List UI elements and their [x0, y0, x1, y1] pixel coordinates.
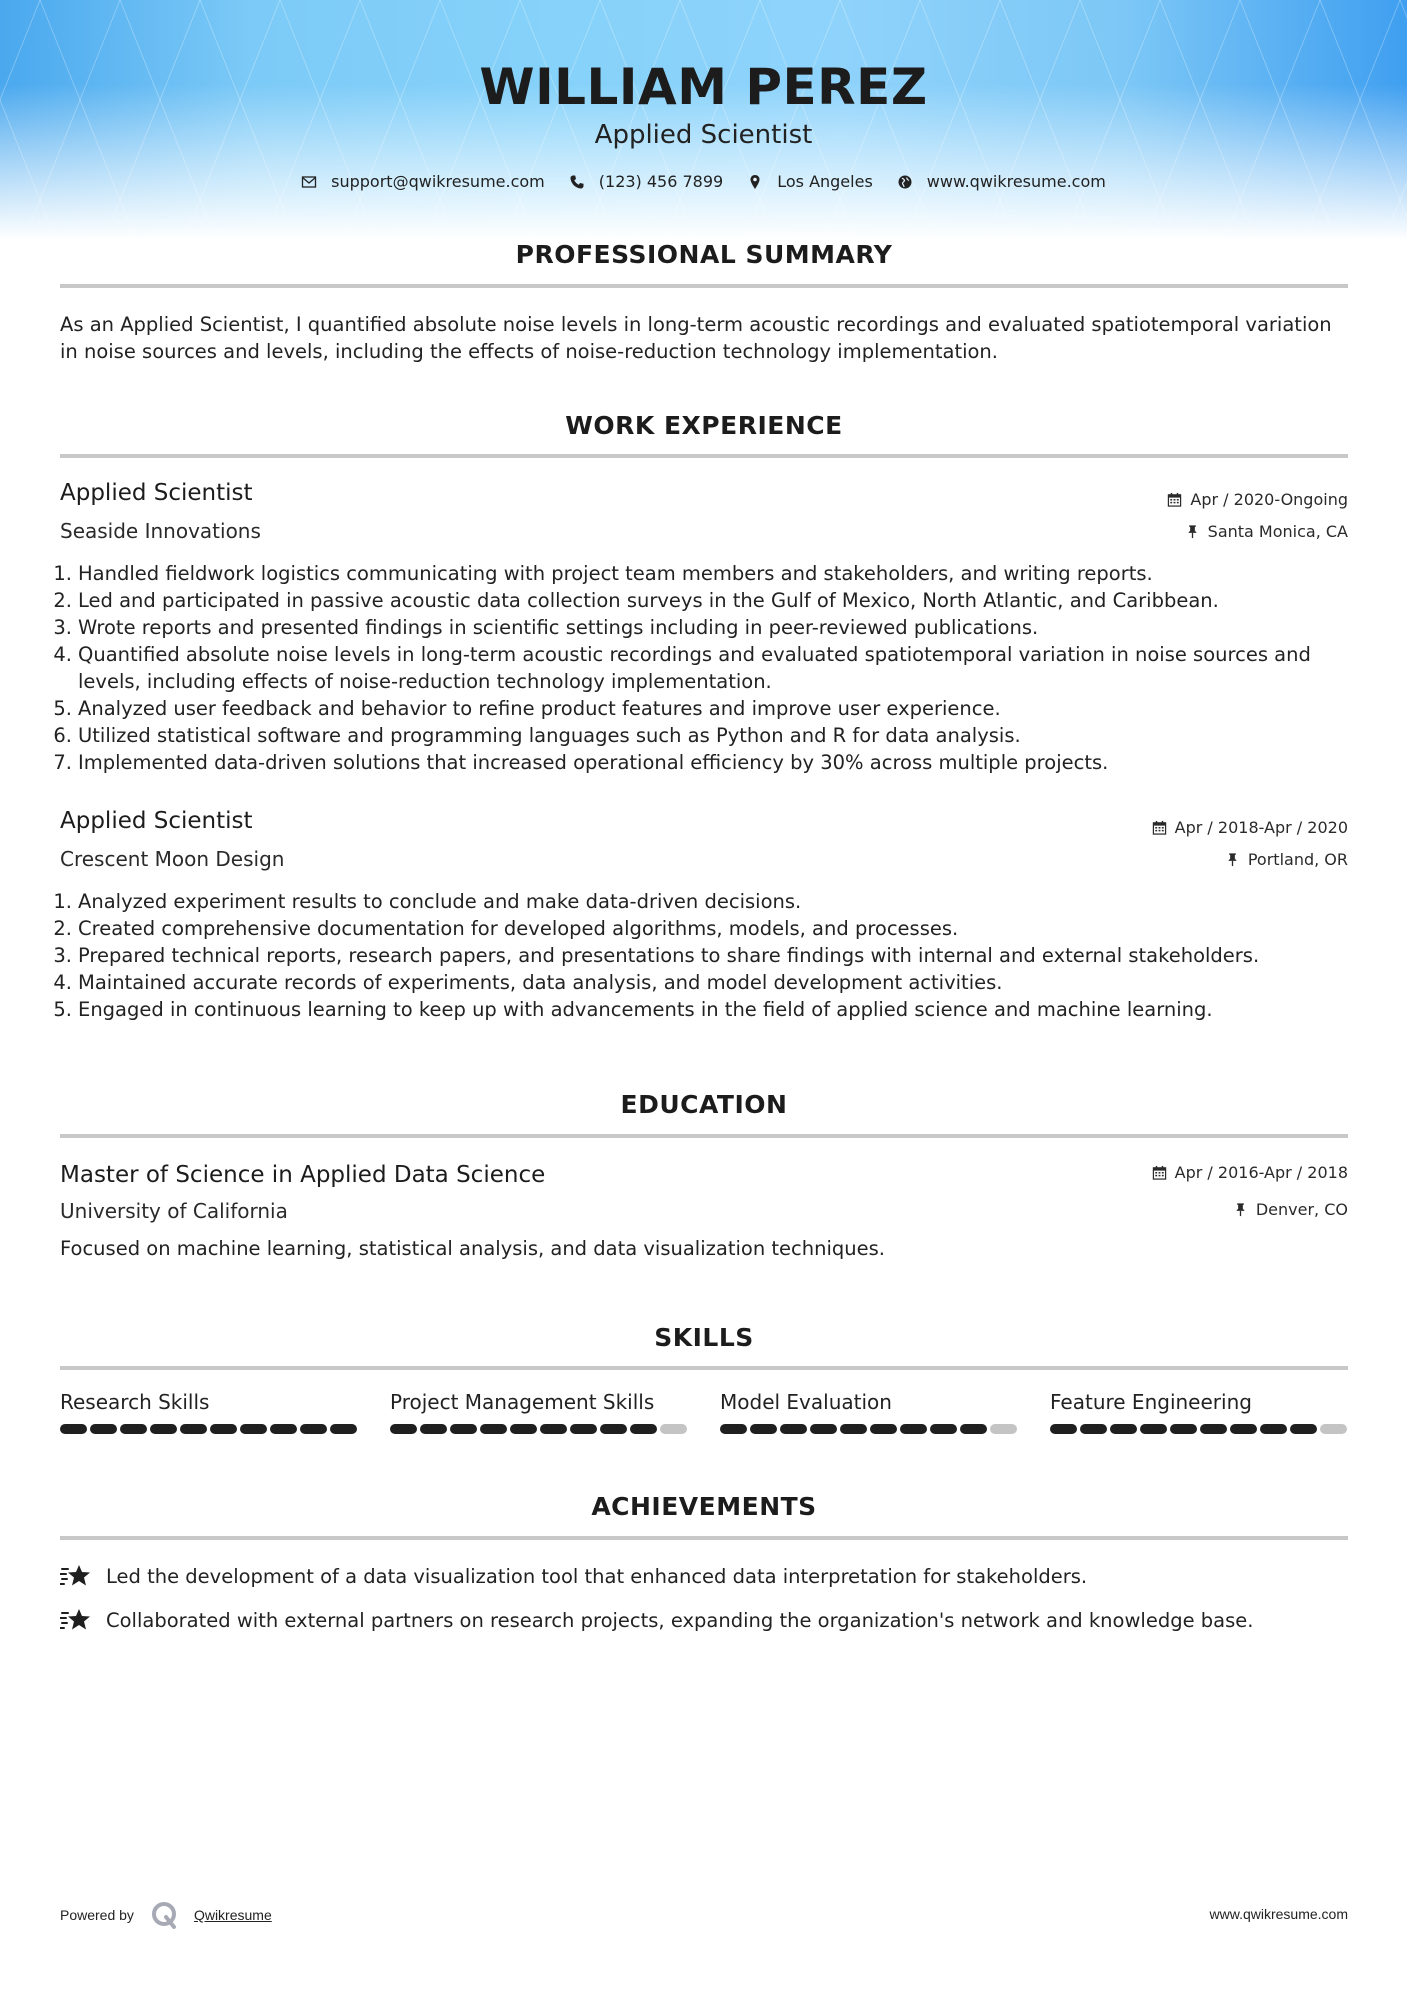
bullet-number: 5. [50, 695, 72, 722]
bullet-number: 3. [50, 942, 72, 969]
job-title: Applied Scientist [60, 808, 253, 834]
powered-by-label: Powered by [60, 1907, 134, 1923]
skill-rating-segment [90, 1424, 117, 1434]
job-company: Seaside Innovations [60, 519, 261, 543]
skill-item: Project Management Skills [390, 1390, 690, 1434]
skill-rating-segment [240, 1424, 267, 1434]
skill-rating-segment [1290, 1424, 1317, 1434]
skill-rating-segment [210, 1424, 237, 1434]
skill-rating-segment [840, 1424, 867, 1434]
resume-header: WILLIAM PEREZ Applied Scientist support@… [0, 0, 1407, 240]
bullet-text: Led and participated in passive acoustic… [78, 589, 1219, 612]
skill-rating-segment [300, 1424, 327, 1434]
skill-rating-segment [450, 1424, 477, 1434]
skill-rating-segment [750, 1424, 777, 1434]
skill-label: Feature Engineering [1050, 1390, 1350, 1424]
job-dates-text: Apr / 2020-Ongoing [1190, 490, 1348, 509]
bullet-number: 3. [50, 614, 72, 641]
skill-rating-bar [390, 1424, 690, 1434]
bullet-text: Implemented data-driven solutions that i… [78, 751, 1108, 774]
skill-rating-segment [990, 1424, 1017, 1434]
bullet-number: 1. [50, 560, 72, 587]
skills-list: Research SkillsProject Management Skills… [60, 1390, 1350, 1434]
candidate-title: Applied Scientist [0, 120, 1407, 150]
skill-rating-segment [1230, 1424, 1257, 1434]
job-dates: Apr / 2020-Ongoing [1167, 490, 1348, 509]
skill-rating-segment [390, 1424, 417, 1434]
star-achievement-icon [60, 1606, 92, 1634]
phone-icon [569, 174, 585, 190]
contact-website-text: www.qwikresume.com [927, 172, 1106, 191]
achievement-text: Collaborated with external partners on r… [106, 1609, 1253, 1632]
calendar-icon [1152, 820, 1167, 835]
bullet-number: 4. [50, 969, 72, 996]
section-divider [60, 1536, 1348, 1540]
section-title-skills: SKILLS [60, 1323, 1348, 1352]
bullet-item: 4.Maintained accurate records of experim… [60, 969, 1360, 996]
skill-rating-segment [1110, 1424, 1137, 1434]
achievement-item: Led the development of a data visualizat… [60, 1562, 1087, 1590]
skill-rating-segment [1170, 1424, 1197, 1434]
skill-rating-segment [1320, 1424, 1347, 1434]
contact-email[interactable]: support@qwikresume.com [301, 172, 545, 191]
skill-rating-segment [1260, 1424, 1287, 1434]
bullet-number: 4. [50, 641, 72, 668]
job-bullets: 1.Handled fieldwork logistics communicat… [60, 560, 1360, 776]
skill-item: Research Skills [60, 1390, 360, 1434]
job-dates: Apr / 2018-Apr / 2020 [1152, 818, 1348, 837]
skill-rating-segment [660, 1424, 687, 1434]
skill-label: Project Management Skills [390, 1390, 690, 1424]
bullet-text: Quantified absolute noise levels in long… [78, 643, 1311, 693]
bullet-item: 2.Led and participated in passive acoust… [60, 587, 1360, 614]
skill-rating-segment [870, 1424, 897, 1434]
skill-rating-segment [330, 1424, 357, 1434]
skill-rating-segment [120, 1424, 147, 1434]
qwikresume-logo-icon [150, 1900, 180, 1930]
skill-item: Model Evaluation [720, 1390, 1020, 1434]
skill-rating-bar [60, 1424, 360, 1434]
footer-website[interactable]: www.qwikresume.com [1210, 1906, 1348, 1922]
skill-rating-segment [900, 1424, 927, 1434]
pushpin-icon [1233, 1202, 1248, 1217]
education-description: Focused on machine learning, statistical… [60, 1235, 1350, 1262]
skill-rating-segment [420, 1424, 447, 1434]
bullet-text: Created comprehensive documentation for … [78, 917, 958, 940]
contact-phone-text: (123) 456 7899 [599, 172, 723, 191]
bullet-number: 2. [50, 587, 72, 614]
job-bullets: 1.Analyzed experiment results to conclud… [60, 888, 1360, 1023]
summary-text: As an Applied Scientist, I quantified ab… [60, 311, 1350, 365]
education-location-text: Denver, CO [1256, 1200, 1348, 1219]
skill-rating-segment [60, 1424, 87, 1434]
bullet-item: 5.Engaged in continuous learning to keep… [60, 996, 1360, 1023]
pushpin-icon [1185, 524, 1200, 539]
bullet-item: 1.Analyzed experiment results to conclud… [60, 888, 1360, 915]
calendar-icon [1167, 492, 1182, 507]
bullet-item: 3.Prepared technical reports, research p… [60, 942, 1360, 969]
education-degree: Master of Science in Applied Data Scienc… [60, 1162, 545, 1188]
skill-rating-segment [1200, 1424, 1227, 1434]
education-dates-text: Apr / 2016-Apr / 2018 [1175, 1163, 1348, 1182]
pushpin-icon [1225, 852, 1240, 867]
section-divider [60, 1134, 1348, 1138]
skill-rating-segment [270, 1424, 297, 1434]
bullet-text: Prepared technical reports, research pap… [78, 944, 1259, 967]
skill-rating-segment [930, 1424, 957, 1434]
bullet-text: Handled fieldwork logistics communicatin… [78, 562, 1153, 585]
section-divider [60, 454, 1348, 458]
bullet-item: 2.Created comprehensive documentation fo… [60, 915, 1360, 942]
job-location-text: Portland, OR [1248, 850, 1348, 869]
skill-rating-bar [720, 1424, 1020, 1434]
achievement-item: Collaborated with external partners on r… [60, 1606, 1253, 1634]
bullet-text: Analyzed user feedback and behavior to r… [78, 697, 1001, 720]
section-title-achievements: ACHIEVEMENTS [60, 1492, 1348, 1521]
globe-icon [897, 174, 913, 190]
section-divider [60, 1366, 1348, 1370]
skill-rating-segment [180, 1424, 207, 1434]
skill-rating-segment [600, 1424, 627, 1434]
footer-powered-by: Powered by Qwikresume [60, 1900, 272, 1930]
qwikresume-link[interactable]: Qwikresume [194, 1907, 272, 1923]
education-dates: Apr / 2016-Apr / 2018 [1152, 1163, 1348, 1182]
skill-label: Research Skills [60, 1390, 360, 1424]
section-title-summary: PROFESSIONAL SUMMARY [60, 240, 1348, 269]
contact-location-text: Los Angeles [777, 172, 873, 191]
education-school: University of California [60, 1199, 288, 1223]
skill-rating-segment [1140, 1424, 1167, 1434]
job-location: Santa Monica, CA [1185, 522, 1348, 541]
skill-rating-segment [570, 1424, 597, 1434]
bullet-item: 1.Handled fieldwork logistics communicat… [60, 560, 1360, 587]
bullet-number: 1. [50, 888, 72, 915]
contact-email-text: support@qwikresume.com [331, 172, 545, 191]
section-title-education: EDUCATION [60, 1090, 1348, 1119]
candidate-name: WILLIAM PEREZ [0, 58, 1407, 116]
contact-location: Los Angeles [747, 172, 873, 191]
bullet-text: Analyzed experiment results to conclude … [78, 890, 801, 913]
skill-rating-segment [780, 1424, 807, 1434]
bullet-text: Maintained accurate records of experimen… [78, 971, 1002, 994]
bullet-number: 7. [50, 749, 72, 776]
contact-phone[interactable]: (123) 456 7899 [569, 172, 723, 191]
job-location: Portland, OR [1225, 850, 1348, 869]
job-title: Applied Scientist [60, 480, 253, 506]
bullet-number: 6. [50, 722, 72, 749]
bullet-text: Utilized statistical software and progra… [78, 724, 1021, 747]
skill-rating-segment [630, 1424, 657, 1434]
skill-label: Model Evaluation [720, 1390, 1020, 1424]
section-divider [60, 284, 1348, 288]
contact-bar: support@qwikresume.com (123) 456 7899 Lo… [0, 172, 1407, 191]
contact-website[interactable]: www.qwikresume.com [897, 172, 1106, 191]
skill-rating-segment [150, 1424, 177, 1434]
skill-rating-segment [480, 1424, 507, 1434]
bullet-item: 4.Quantified absolute noise levels in lo… [60, 641, 1360, 695]
skill-item: Feature Engineering [1050, 1390, 1350, 1434]
skill-rating-segment [720, 1424, 747, 1434]
star-achievement-icon [60, 1562, 92, 1590]
bullet-text: Wrote reports and presented findings in … [78, 616, 1038, 639]
bullet-text: Engaged in continuous learning to keep u… [78, 998, 1213, 1021]
bullet-number: 2. [50, 915, 72, 942]
section-title-experience: WORK EXPERIENCE [60, 411, 1348, 440]
bullet-item: 7.Implemented data-driven solutions that… [60, 749, 1360, 776]
job-dates-text: Apr / 2018-Apr / 2020 [1175, 818, 1348, 837]
achievement-text: Led the development of a data visualizat… [106, 1565, 1087, 1588]
skill-rating-segment [510, 1424, 537, 1434]
bullet-item: 6.Utilized statistical software and prog… [60, 722, 1360, 749]
skill-rating-segment [1050, 1424, 1077, 1434]
calendar-icon [1152, 1165, 1167, 1180]
bullet-number: 5. [50, 996, 72, 1023]
bullet-item: 5.Analyzed user feedback and behavior to… [60, 695, 1360, 722]
envelope-icon [301, 174, 317, 190]
skill-rating-segment [1080, 1424, 1107, 1434]
bullet-item: 3.Wrote reports and presented findings i… [60, 614, 1360, 641]
job-location-text: Santa Monica, CA [1208, 522, 1348, 541]
job-company: Crescent Moon Design [60, 847, 284, 871]
map-marker-icon [747, 174, 763, 190]
skill-rating-bar [1050, 1424, 1350, 1434]
skill-rating-segment [810, 1424, 837, 1434]
education-location: Denver, CO [1233, 1200, 1348, 1219]
skill-rating-segment [960, 1424, 987, 1434]
skill-rating-segment [540, 1424, 567, 1434]
